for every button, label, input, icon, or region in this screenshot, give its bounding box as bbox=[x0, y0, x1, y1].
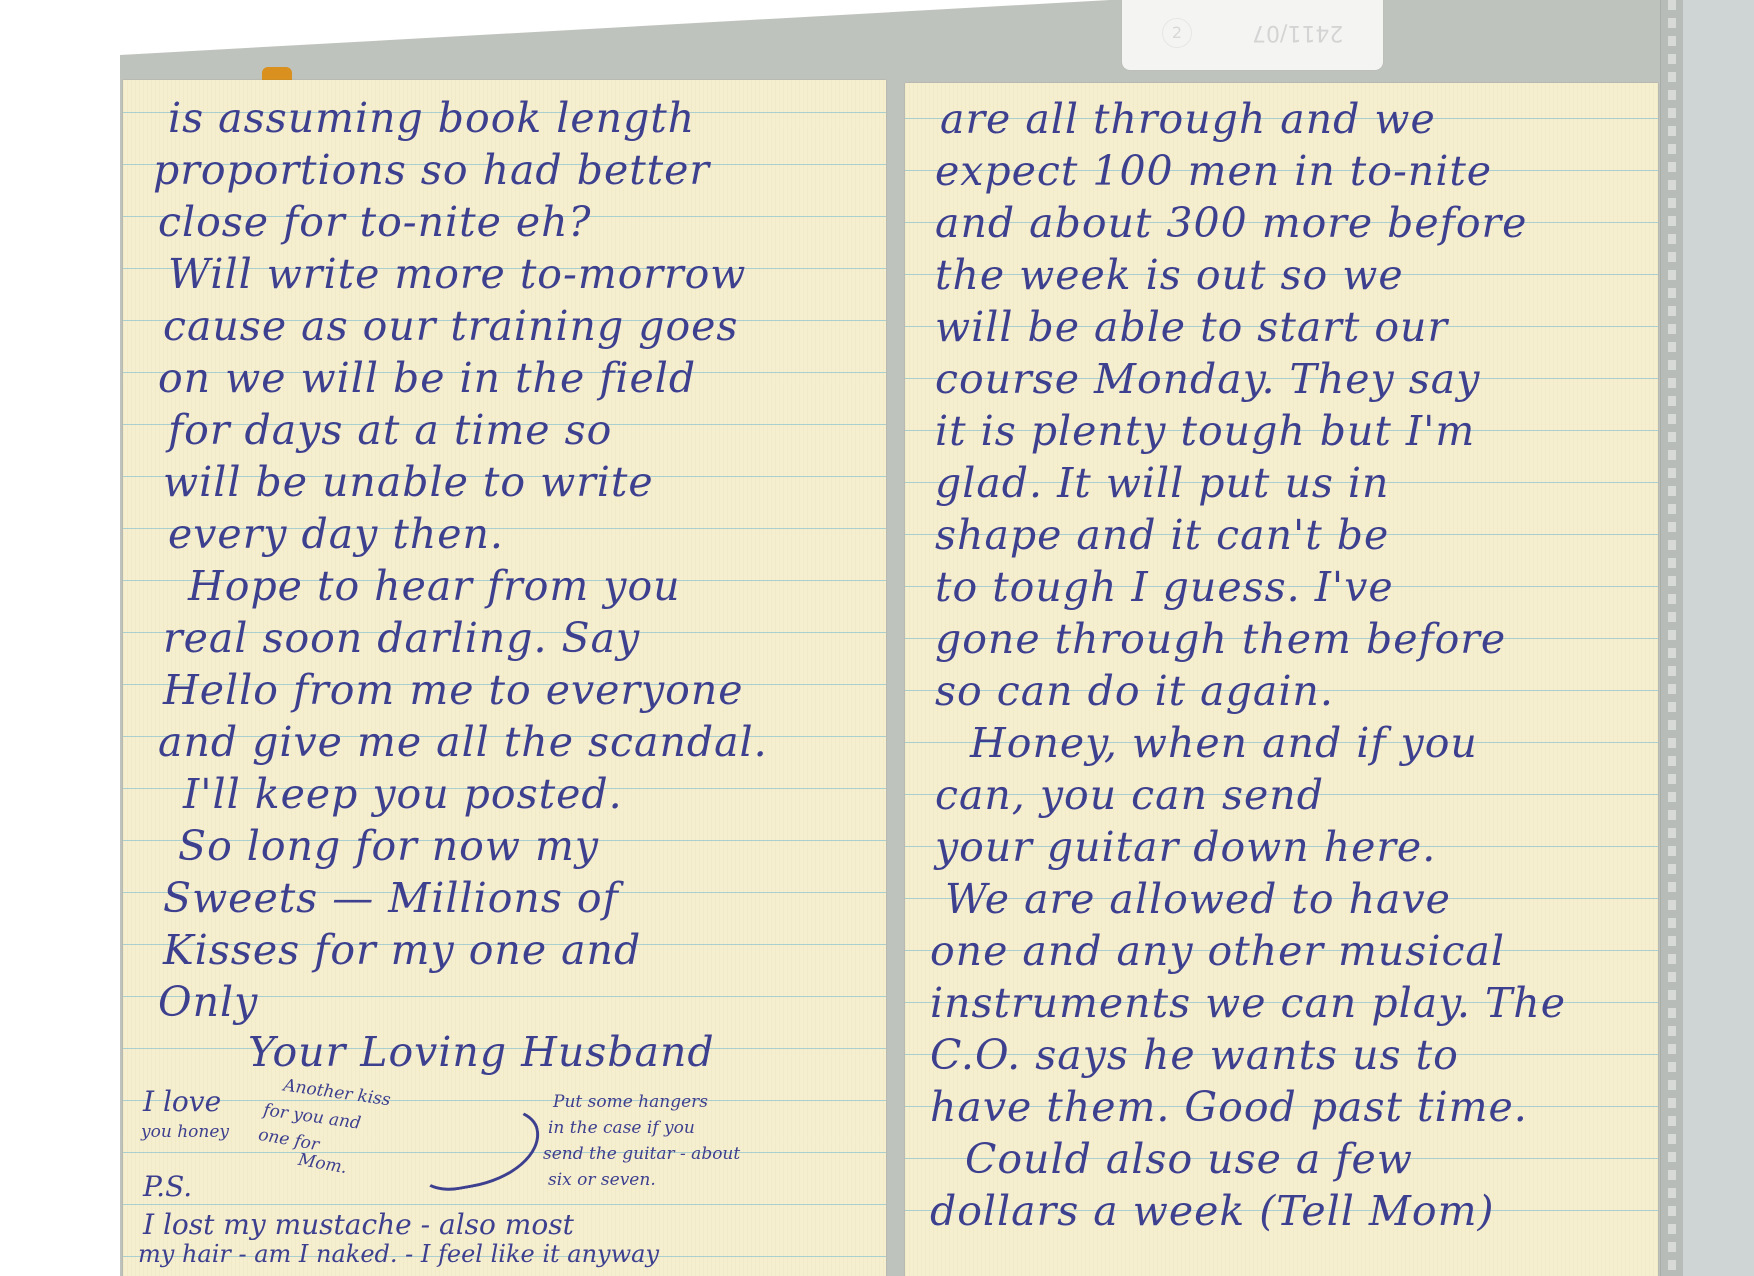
letter-line: for days at a time so bbox=[168, 406, 612, 454]
ps-kiss-note: one for bbox=[257, 1125, 321, 1155]
letter-line: and about 300 more before bbox=[935, 199, 1527, 247]
letter-line: We are allowed to have bbox=[945, 875, 1451, 923]
left-page: is assuming book length proportions so h… bbox=[123, 80, 886, 1276]
letter-line: so can do it again. bbox=[935, 667, 1334, 715]
letter-line: glad. It will put us in bbox=[935, 459, 1389, 507]
letter-line: real soon darling. Say bbox=[163, 614, 640, 662]
letter-line: cause as our training goes bbox=[163, 302, 738, 350]
ps-love-note: I love bbox=[143, 1085, 221, 1118]
letter-line: Honey, when and if you bbox=[970, 719, 1478, 767]
letter-line: shape and it can't be bbox=[935, 511, 1389, 559]
letter-line: every day then. bbox=[168, 510, 504, 558]
letter-line: the week is out so we bbox=[935, 251, 1404, 299]
letter-line: is assuming book length bbox=[168, 94, 695, 142]
letter-line: Hope to hear from you bbox=[188, 562, 681, 610]
letter-line: C.O. says he wants us to bbox=[930, 1031, 1459, 1079]
letter-line: will be able to start our bbox=[935, 303, 1448, 351]
ps-line: I lost my mustache - also most bbox=[143, 1208, 574, 1241]
letter-line: on we will be in the field bbox=[158, 354, 696, 402]
paper-tab bbox=[262, 67, 292, 80]
letter-line: Sweets — Millions of bbox=[163, 874, 619, 922]
label-number: 2 bbox=[1162, 18, 1192, 48]
letter-line: expect 100 men in to-nite bbox=[935, 147, 1492, 195]
sleeve-margin bbox=[1683, 0, 1754, 1276]
letter-line: instruments we can play. The bbox=[930, 979, 1566, 1027]
letter-line: I'll keep you posted. bbox=[183, 770, 623, 818]
letter-line: Kisses for my one and bbox=[163, 926, 641, 974]
ps-hangers-note: send the guitar - about bbox=[543, 1144, 740, 1164]
ps-line: my hair - am I naked. - I feel like it a… bbox=[138, 1240, 659, 1268]
archive-label: 2 2411/07 bbox=[1122, 0, 1383, 70]
sleeve-perforated-strip bbox=[1660, 0, 1684, 1276]
letter-line: proportions so had better bbox=[153, 146, 710, 194]
ps-label: P.S. bbox=[143, 1170, 192, 1203]
letter-line: Could also use a few bbox=[965, 1135, 1413, 1183]
letter-line: So long for now my bbox=[178, 822, 599, 870]
letter-line: to tough I guess. I've bbox=[935, 563, 1394, 611]
closing-signature: Your Loving Husband bbox=[248, 1028, 715, 1076]
ps-hangers-note: Put some hangers bbox=[553, 1092, 708, 1112]
letter-line: and give me all the scandal. bbox=[158, 718, 768, 766]
ps-love-note: you honey bbox=[141, 1122, 229, 1142]
letter-line: will be unable to write bbox=[163, 458, 654, 506]
letter-line: close for to-nite eh? bbox=[158, 198, 592, 246]
label-code: 2411/07 bbox=[1252, 20, 1343, 45]
letter-line: have them. Good past time. bbox=[930, 1083, 1528, 1131]
letter-line: Hello from me to everyone bbox=[163, 666, 744, 714]
letter-line: your guitar down here. bbox=[935, 823, 1436, 871]
letter-line: dollars a week (Tell Mom) bbox=[930, 1187, 1494, 1235]
ps-kiss-note: Mom. bbox=[297, 1150, 349, 1178]
ps-hangers-note: in the case if you bbox=[548, 1118, 695, 1138]
letter-line: gone through them before bbox=[935, 615, 1506, 663]
letter-line: are all through and we bbox=[940, 95, 1436, 143]
letter-line: Will write more to-morrow bbox=[168, 250, 746, 298]
letter-line: one and any other musical bbox=[930, 927, 1505, 975]
right-page: are all through and we expect 100 men in… bbox=[905, 83, 1658, 1276]
letter-line: it is plenty tough but I'm bbox=[935, 407, 1475, 455]
letter-line: can, you can send bbox=[935, 771, 1324, 819]
letter-line: course Monday. They say bbox=[935, 355, 1480, 403]
letter-line: Only bbox=[158, 978, 258, 1026]
ps-hangers-note: six or seven. bbox=[548, 1170, 656, 1190]
